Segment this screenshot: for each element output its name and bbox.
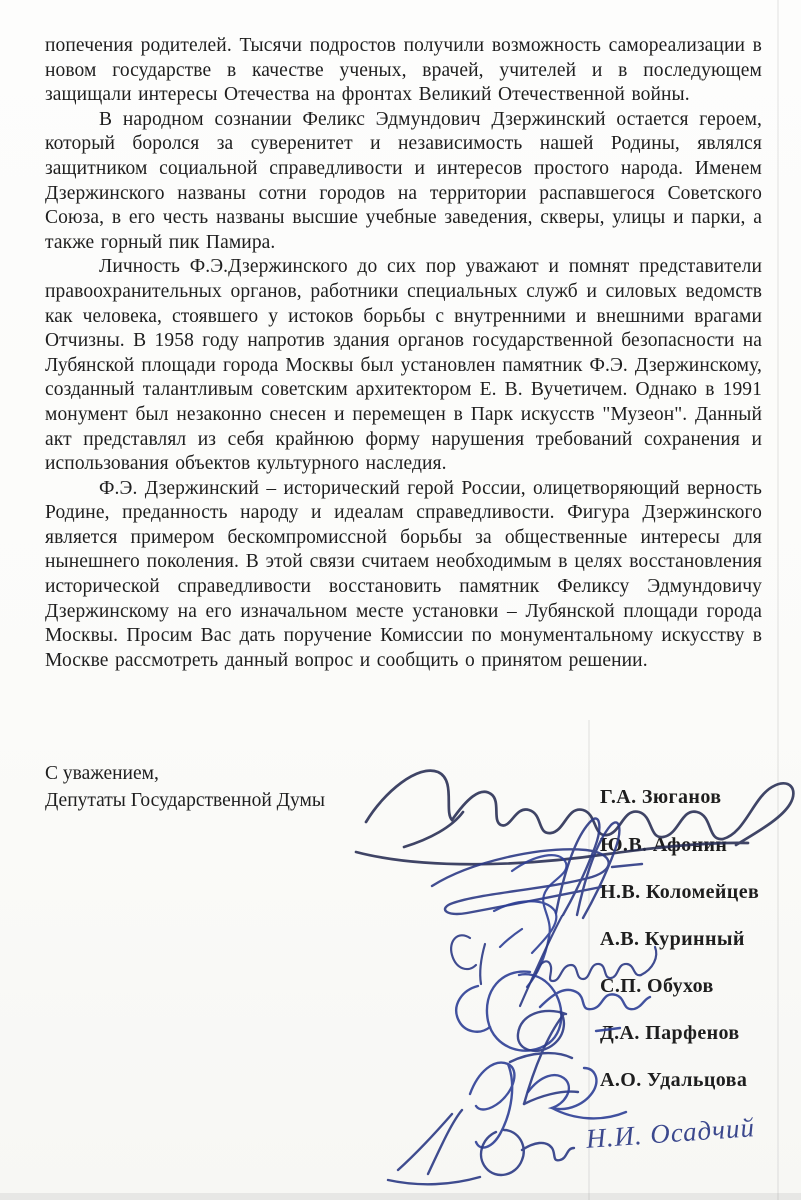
signatory-name: Н.В. Коломейцев [600, 881, 759, 904]
signatory-name: А.В. Куринный [600, 928, 745, 951]
signatory-name: С.П. Обухов [600, 975, 714, 998]
signatory-name: Г.А. Зюганов [600, 786, 721, 809]
signatory-name: Ю.В. Афонин [600, 834, 727, 857]
signatory-name-column: Г.А. Зюганов Ю.В. Афонин Н.В. Коломейцев… [0, 0, 801, 1200]
signatory-name: А.О. Удальцова [600, 1069, 747, 1092]
signatory-name: Д.А. Парфенов [600, 1022, 740, 1045]
handwritten-signatory-name: Н.И. Осадчий [585, 1112, 756, 1155]
scanned-letter-page: попечения родителей. Тысячи подростов по… [0, 0, 801, 1200]
